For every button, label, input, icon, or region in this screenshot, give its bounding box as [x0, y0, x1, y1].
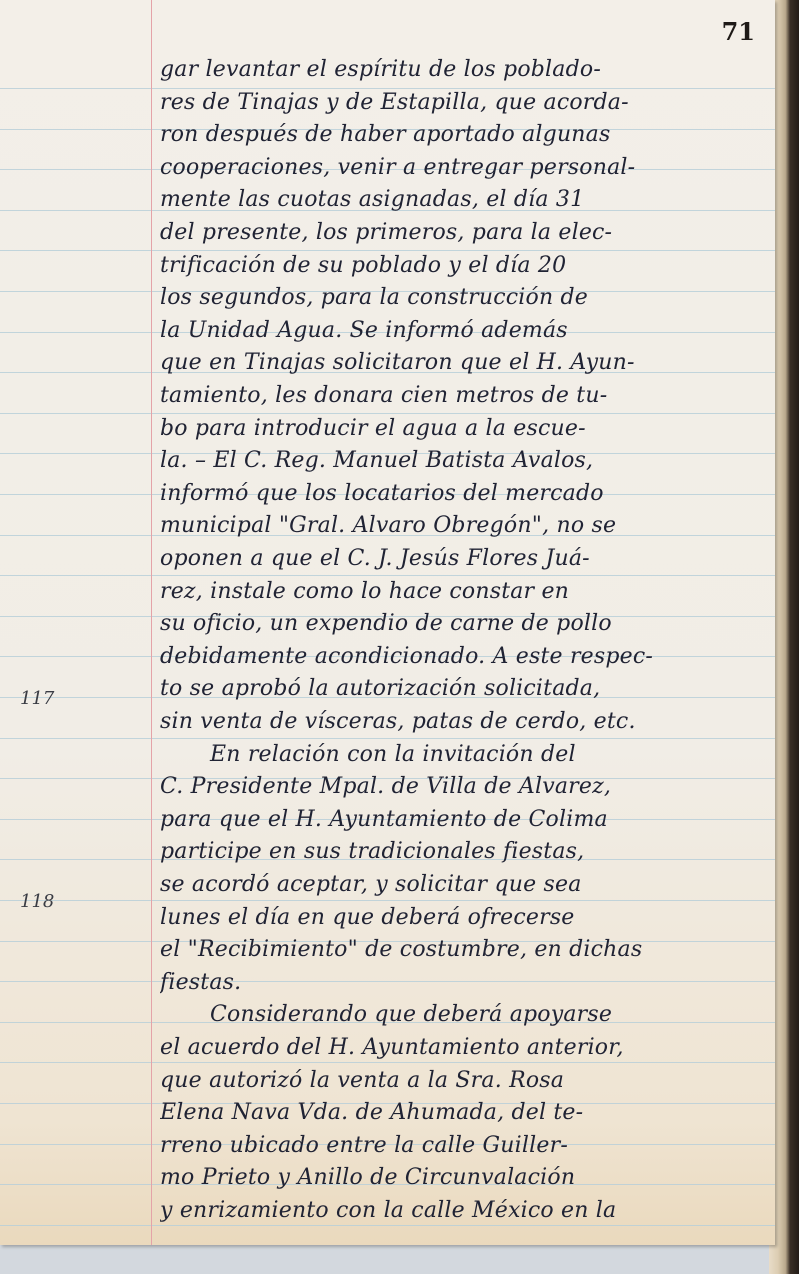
margin-note-118: 118	[20, 891, 54, 912]
page-number: 71	[722, 17, 755, 46]
text-line: y enrizamiento con la calle México en la	[160, 1191, 772, 1231]
margin-line	[151, 0, 152, 1245]
margin-note-117: 117	[20, 688, 54, 709]
background-surface	[0, 1240, 799, 1274]
ledger-page: 71 117 118 gar levantar el espíritu de l…	[0, 0, 775, 1245]
